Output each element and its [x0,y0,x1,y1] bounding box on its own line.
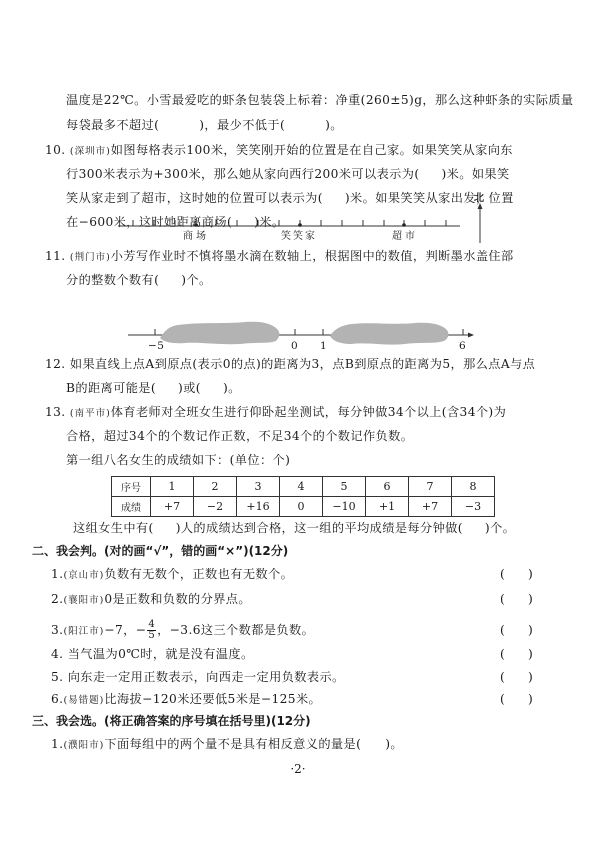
answer-paren[interactable]: ( ) [500,691,533,707]
row-header: 成绩 [112,497,151,517]
label-supermarket: 超市 [392,229,418,245]
table-cell: 7 [409,477,452,497]
table-cell: −3 [452,497,495,517]
table-cell: +16 [237,497,280,517]
choice-q1-stem: 1.(濮阳市)下面每组中的两个量不是具有相反意义的量是()。 [51,736,403,754]
table-cell: 3 [237,477,280,497]
north-label: 北 [474,191,484,207]
q11-line2: 分的整数个数有()个。 [66,272,212,288]
table-row-index: 序号 1 2 3 4 5 6 7 8 [112,477,495,497]
table-cell: +1 [366,497,409,517]
q13-line3: 第一组八名女生的成绩如下：(单位：个) [66,452,290,468]
answer-paren[interactable]: ( ) [500,646,533,662]
judge-item-6: 6.(易错题)比海拔−120米还要低5米是−125米。 [51,691,321,709]
table-cell: 5 [323,477,366,497]
judge-item-2: 2.(襄阳市)0是正数和负数的分界点。 [51,591,251,609]
row-header: 序号 [112,477,151,497]
section2-title: 二、我会判。(对的画“√”，错的画“×”)(12分) [32,543,288,559]
judge-item-5: 5. 向东走一定用正数表示，向西走一定用负数表示。 [51,669,345,685]
table-row-scores: 成绩 +7 −2 +16 0 −10 +1 +7 −3 [112,497,495,517]
table-cell: 8 [452,477,495,497]
judge-item-1: 1.(京山市)负数有无数个，正数也有无数个。 [51,566,293,584]
table-cell: 0 [280,497,323,517]
answer-paren[interactable]: ( ) [500,566,533,582]
question-number: 11. [45,249,66,263]
table-cell: +7 [409,497,452,517]
axis-label-0: 0 [291,338,298,354]
table-cell: −10 [323,497,366,517]
table-cell: −2 [194,497,237,517]
scores-table: 序号 1 2 3 4 5 6 7 8 成绩 +7 −2 +16 0 −10 +1… [111,476,495,517]
q13-line1: 13. (南平市)体育老师对全班女生进行仰卧起坐测试，每分钟做34个以上(含34… [45,404,506,422]
answer-paren[interactable]: ( ) [500,669,533,685]
judge-item-3: 3.(阳江市)−7，−45，−3.6这三个数都是负数。 [51,619,314,643]
table-cell: +7 [151,497,194,517]
table-cell: 1 [151,477,194,497]
question-source: (南平市) [70,408,111,419]
question-number: 12. [45,357,66,371]
label-home: 笑笑家 [281,229,317,245]
answer-paren[interactable]: ( ) [500,591,533,607]
q12-line2: B的距离可能是()或()。 [66,380,241,396]
q11-line1: 11. (荆门市)小芳写作业时不慎将墨水滴在数轴上，根据图中的数值，判断墨水盖住… [45,248,514,266]
page-number: ·2· [0,762,596,776]
label-mall: 商场 [183,229,209,245]
q12-line1: 12. 如果直线上点A到原点(表示0的点)的距离为3，点B到原点的距离为5，那么… [45,356,535,372]
axis-label-6: 6 [459,338,466,354]
answer-paren[interactable]: ( ) [500,622,533,638]
q13-question: 这组女生中有()人的成绩达到合格，这一组的平均成绩是每分钟做()个。 [73,520,515,536]
question-number: 13. [45,405,66,419]
q13-line2: 合格，超过34个的个数记作正数，不足34个的个数记作负数。 [66,428,413,444]
table-cell: 4 [280,477,323,497]
judge-item-4: 4. 当气温为0℃时，就是没有温度。 [51,646,254,662]
section3-title: 三、我会选。(将正确答案的序号填在括号里)(12分) [32,713,311,729]
table-cell: 6 [366,477,409,497]
axis-label-1: 1 [320,338,327,354]
question-source: (荆门市) [70,252,111,263]
axis-label-neg5: −5 [148,338,164,354]
fraction: 45 [147,620,156,641]
table-cell: 2 [194,477,237,497]
